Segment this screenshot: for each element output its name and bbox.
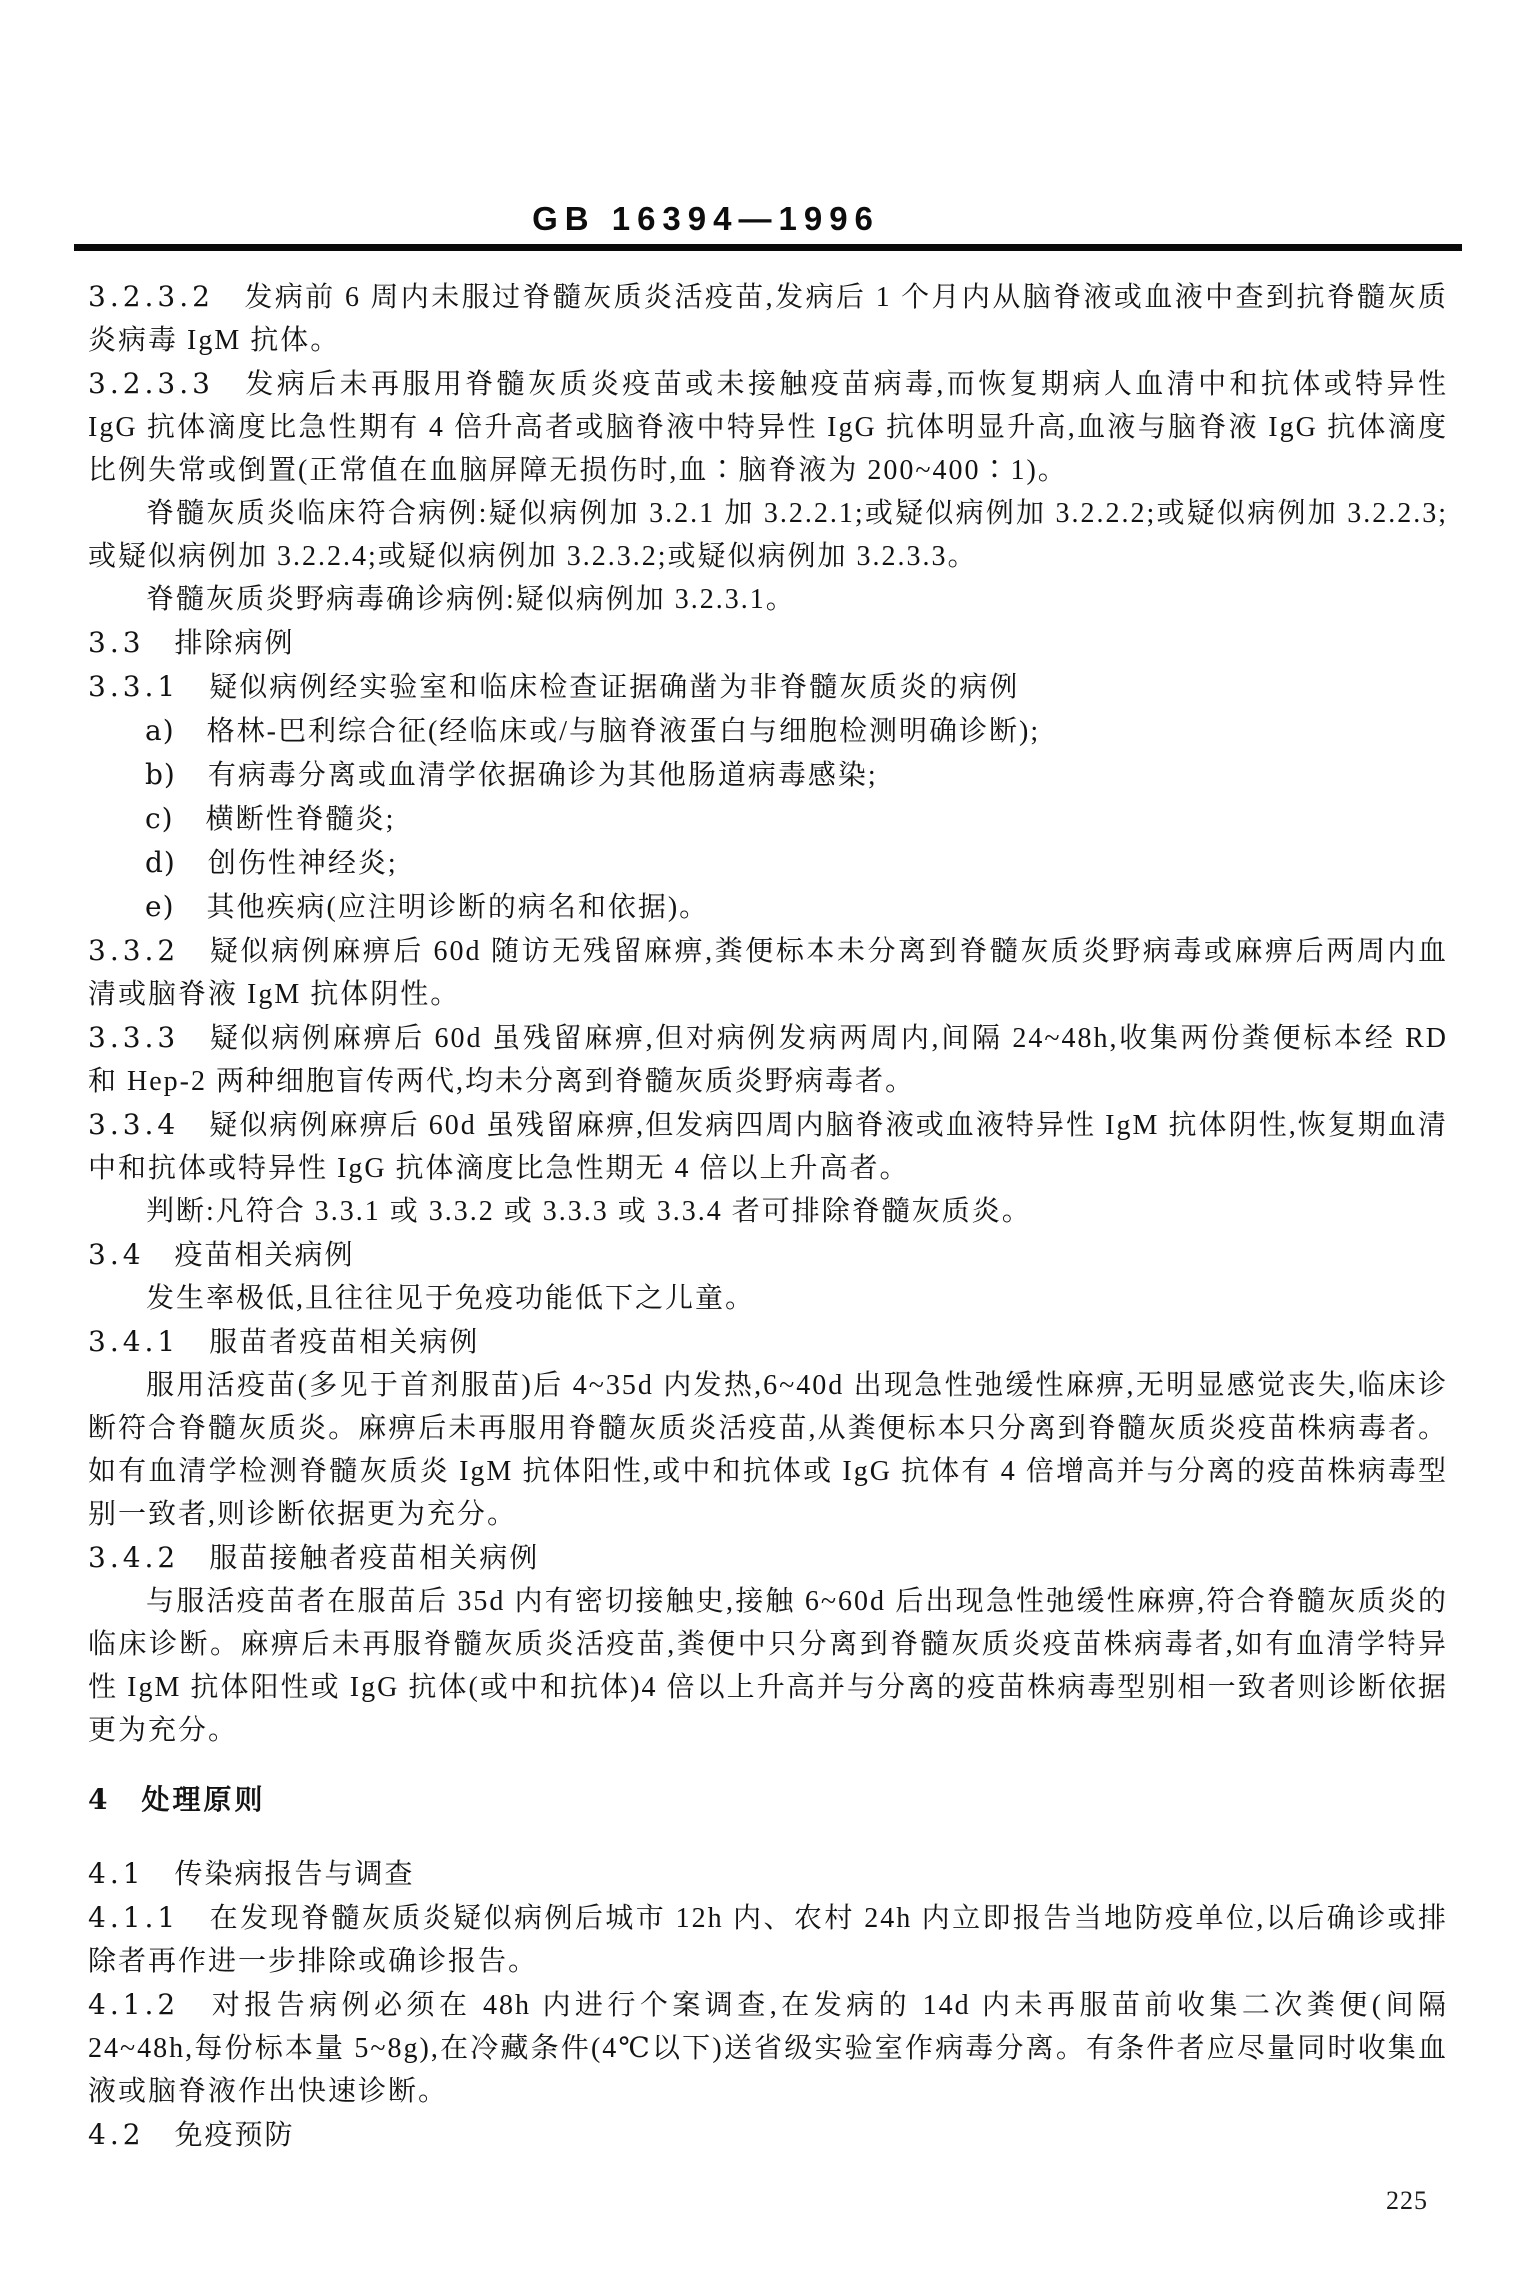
list-letter: a) — [145, 714, 175, 747]
list-item-text: 创伤性神经炎; — [208, 848, 398, 879]
list-item-b: b)有病毒分离或血清学依据确诊为其他肠道病毒感染; — [88, 753, 1448, 797]
body-paragraph-incidence: 发生率极低,且往往见于免疫功能低下之儿童。 — [88, 1277, 1448, 1320]
section-heading-42: 4.2免疫预防 — [88, 2113, 1448, 2157]
header-rule — [74, 244, 1462, 251]
list-letter: b) — [145, 758, 176, 791]
section-paragraph-331: 3.3.1疑似病例经实验室和临床检查证据确凿为非脊髓灰质炎的病例 — [88, 665, 1448, 709]
list-item-d: d)创伤性神经炎; — [88, 841, 1448, 885]
heading-text: 免疫预防 — [175, 2120, 295, 2151]
list-item-a: a)格林-巴利综合征(经临床或/与脑脊液蛋白与细胞检测明确诊断); — [88, 709, 1448, 753]
section-number: 3.4.2 — [88, 1541, 179, 1574]
paragraph-text: 疑似病例经实验室和临床检查证据确凿为非脊髓灰质炎的病例 — [209, 672, 1019, 703]
section-number: 3.3.3 — [88, 1021, 179, 1054]
paragraph-text: 发病后未再服用脊髓灰质炎疫苗或未接触疫苗病毒,而恢复期病人血清中和抗体或特异性 … — [88, 369, 1448, 486]
heading-text: 排除病例 — [175, 628, 295, 659]
list-item-text: 格林-巴利综合征(经临床或/与脑脊液蛋白与细胞检测明确诊断); — [207, 716, 1041, 747]
paragraph-text: 脊髓灰质炎临床符合病例:疑似病例加 3.2.1 加 3.2.2.1;或疑似病例加… — [88, 498, 1448, 572]
section-number: 4.1.1 — [88, 1901, 179, 1934]
paragraph-text: 疑似病例麻痹后 60d 虽残留麻痹,但发病四周内脑脊液或血液特异性 IgM 抗体… — [88, 1110, 1448, 1184]
heading-text: 传染病报告与调查 — [175, 1859, 415, 1890]
paragraph-text: 判断:凡符合 3.3.1 或 3.3.2 或 3.3.3 或 3.3.4 者可排… — [146, 1196, 1032, 1227]
paragraph-text: 服用活疫苗(多见于首剂服苗)后 4~35d 内发热,6~40d 出现急性弛缓性麻… — [88, 1370, 1448, 1530]
document-page: GB 16394—1996 3.2.3.2发病前 6 周内未服过脊髓灰质炎活疫苗… — [0, 0, 1536, 2285]
section-heading-33: 3.3排除病例 — [88, 621, 1448, 665]
section-paragraph-3233: 3.2.3.3发病后未再服用脊髓灰质炎疫苗或未接触疫苗病毒,而恢复期病人血清中和… — [88, 362, 1448, 492]
paragraph-text: 发生率极低,且往往见于免疫功能低下之儿童。 — [146, 1283, 755, 1314]
paragraph-text: 脊髓灰质炎野病毒确诊病例:疑似病例加 3.2.3.1。 — [146, 584, 796, 615]
section-number: 3.3 — [88, 626, 145, 659]
list-item-text: 横断性脊髓炎; — [206, 804, 396, 835]
section-paragraph-334: 3.3.4疑似病例麻痹后 60d 虽残留麻痹,但发病四周内脑脊液或血液特异性 I… — [88, 1103, 1448, 1190]
list-letter: d) — [145, 846, 176, 879]
heading-text: 处理原则 — [141, 1785, 265, 1816]
section-number: 4.2 — [88, 2118, 145, 2151]
section-number: 3.4 — [88, 1238, 145, 1271]
list-item-text: 其他疾病(应注明诊断的病名和依据)。 — [207, 892, 710, 923]
section-heading-341: 3.4.1服苗者疫苗相关病例 — [88, 1320, 1448, 1364]
section-heading-342: 3.4.2服苗接触者疫苗相关病例 — [88, 1536, 1448, 1580]
section-number: 4.1 — [88, 1857, 145, 1890]
paragraph-text: 在发现脊髓灰质炎疑似病例后城市 12h 内、农村 24h 内立即报告当地防疫单位… — [88, 1903, 1448, 1977]
section-number: 3.4.1 — [88, 1325, 179, 1358]
section-paragraph-332: 3.3.2疑似病例麻痹后 60d 随访无残留麻痹,粪便标本未分离到脊髓灰质炎野病… — [88, 929, 1448, 1016]
paragraph-text: 对报告病例必须在 48h 内进行个案调查,在发病的 14d 内未再服苗前收集二次… — [88, 1990, 1448, 2107]
section-number: 3.2.3.3 — [88, 367, 214, 400]
section-paragraph-3232: 3.2.3.2发病前 6 周内未服过脊髓灰质炎活疫苗,发病后 1 个月内从脑脊液… — [88, 275, 1448, 362]
list-item-text: 有病毒分离或血清学依据确诊为其他肠道病毒感染; — [208, 760, 878, 791]
section-number: 3.2.3.2 — [88, 280, 214, 313]
body-paragraph-vaccine-contact: 与服活疫苗者在服苗后 35d 内有密切接触史,接触 6~60d 后出现急性弛缓性… — [88, 1580, 1448, 1752]
body-paragraph-vaccine-recipient: 服用活疫苗(多见于首剂服苗)后 4~35d 内发热,6~40d 出现急性弛缓性麻… — [88, 1364, 1448, 1536]
heading-text: 服苗接触者疫苗相关病例 — [209, 1543, 539, 1574]
paragraph-text: 与服活疫苗者在服苗后 35d 内有密切接触史,接触 6~60d 后出现急性弛缓性… — [88, 1586, 1448, 1746]
chapter-heading-4: 4处理原则 — [88, 1778, 1448, 1822]
standard-number: GB 16394—1996 — [0, 200, 1474, 238]
section-number: 3.3.1 — [88, 670, 179, 703]
section-heading-34: 3.4疫苗相关病例 — [88, 1233, 1448, 1277]
paragraph-text: 疑似病例麻痹后 60d 随访无残留麻痹,粪便标本未分离到脊髓灰质炎野病毒或麻痹后… — [88, 936, 1448, 1010]
paragraph-text: 发病前 6 周内未服过脊髓灰质炎活疫苗,发病后 1 个月内从脑脊液或血液中查到抗… — [88, 282, 1448, 356]
heading-text: 疫苗相关病例 — [175, 1240, 355, 1271]
list-letter: c) — [145, 802, 174, 835]
section-number: 3.3.4 — [88, 1108, 179, 1141]
paragraph-text: 疑似病例麻痹后 60d 虽残留麻痹,但对病例发病两周内,间隔 24~48h,收集… — [88, 1023, 1448, 1097]
body-paragraph-judgement: 判断:凡符合 3.3.1 或 3.3.2 或 3.3.3 或 3.3.4 者可排… — [88, 1190, 1448, 1233]
list-letter: e) — [145, 890, 175, 923]
body-paragraph-wild-virus-case: 脊髓灰质炎野病毒确诊病例:疑似病例加 3.2.3.1。 — [88, 578, 1448, 621]
section-number: 3.3.2 — [88, 934, 179, 967]
section-paragraph-412: 4.1.2对报告病例必须在 48h 内进行个案调查,在发病的 14d 内未再服苗… — [88, 1983, 1448, 2113]
document-body: 3.2.3.2发病前 6 周内未服过脊髓灰质炎活疫苗,发病后 1 个月内从脑脊液… — [88, 275, 1448, 2157]
heading-text: 服苗者疫苗相关病例 — [209, 1327, 479, 1358]
list-item-e: e)其他疾病(应注明诊断的病名和依据)。 — [88, 885, 1448, 929]
page-number: 225 — [1386, 2186, 1428, 2216]
section-heading-41: 4.1传染病报告与调查 — [88, 1852, 1448, 1896]
body-paragraph-clinical-case: 脊髓灰质炎临床符合病例:疑似病例加 3.2.1 加 3.2.2.1;或疑似病例加… — [88, 492, 1448, 578]
list-item-c: c)横断性脊髓炎; — [88, 797, 1448, 841]
section-paragraph-333: 3.3.3疑似病例麻痹后 60d 虽残留麻痹,但对病例发病两周内,间隔 24~4… — [88, 1016, 1448, 1103]
section-number: 4.1.2 — [88, 1988, 179, 2021]
section-paragraph-411: 4.1.1在发现脊髓灰质炎疑似病例后城市 12h 内、农村 24h 内立即报告当… — [88, 1896, 1448, 1983]
chapter-number: 4 — [88, 1783, 111, 1816]
